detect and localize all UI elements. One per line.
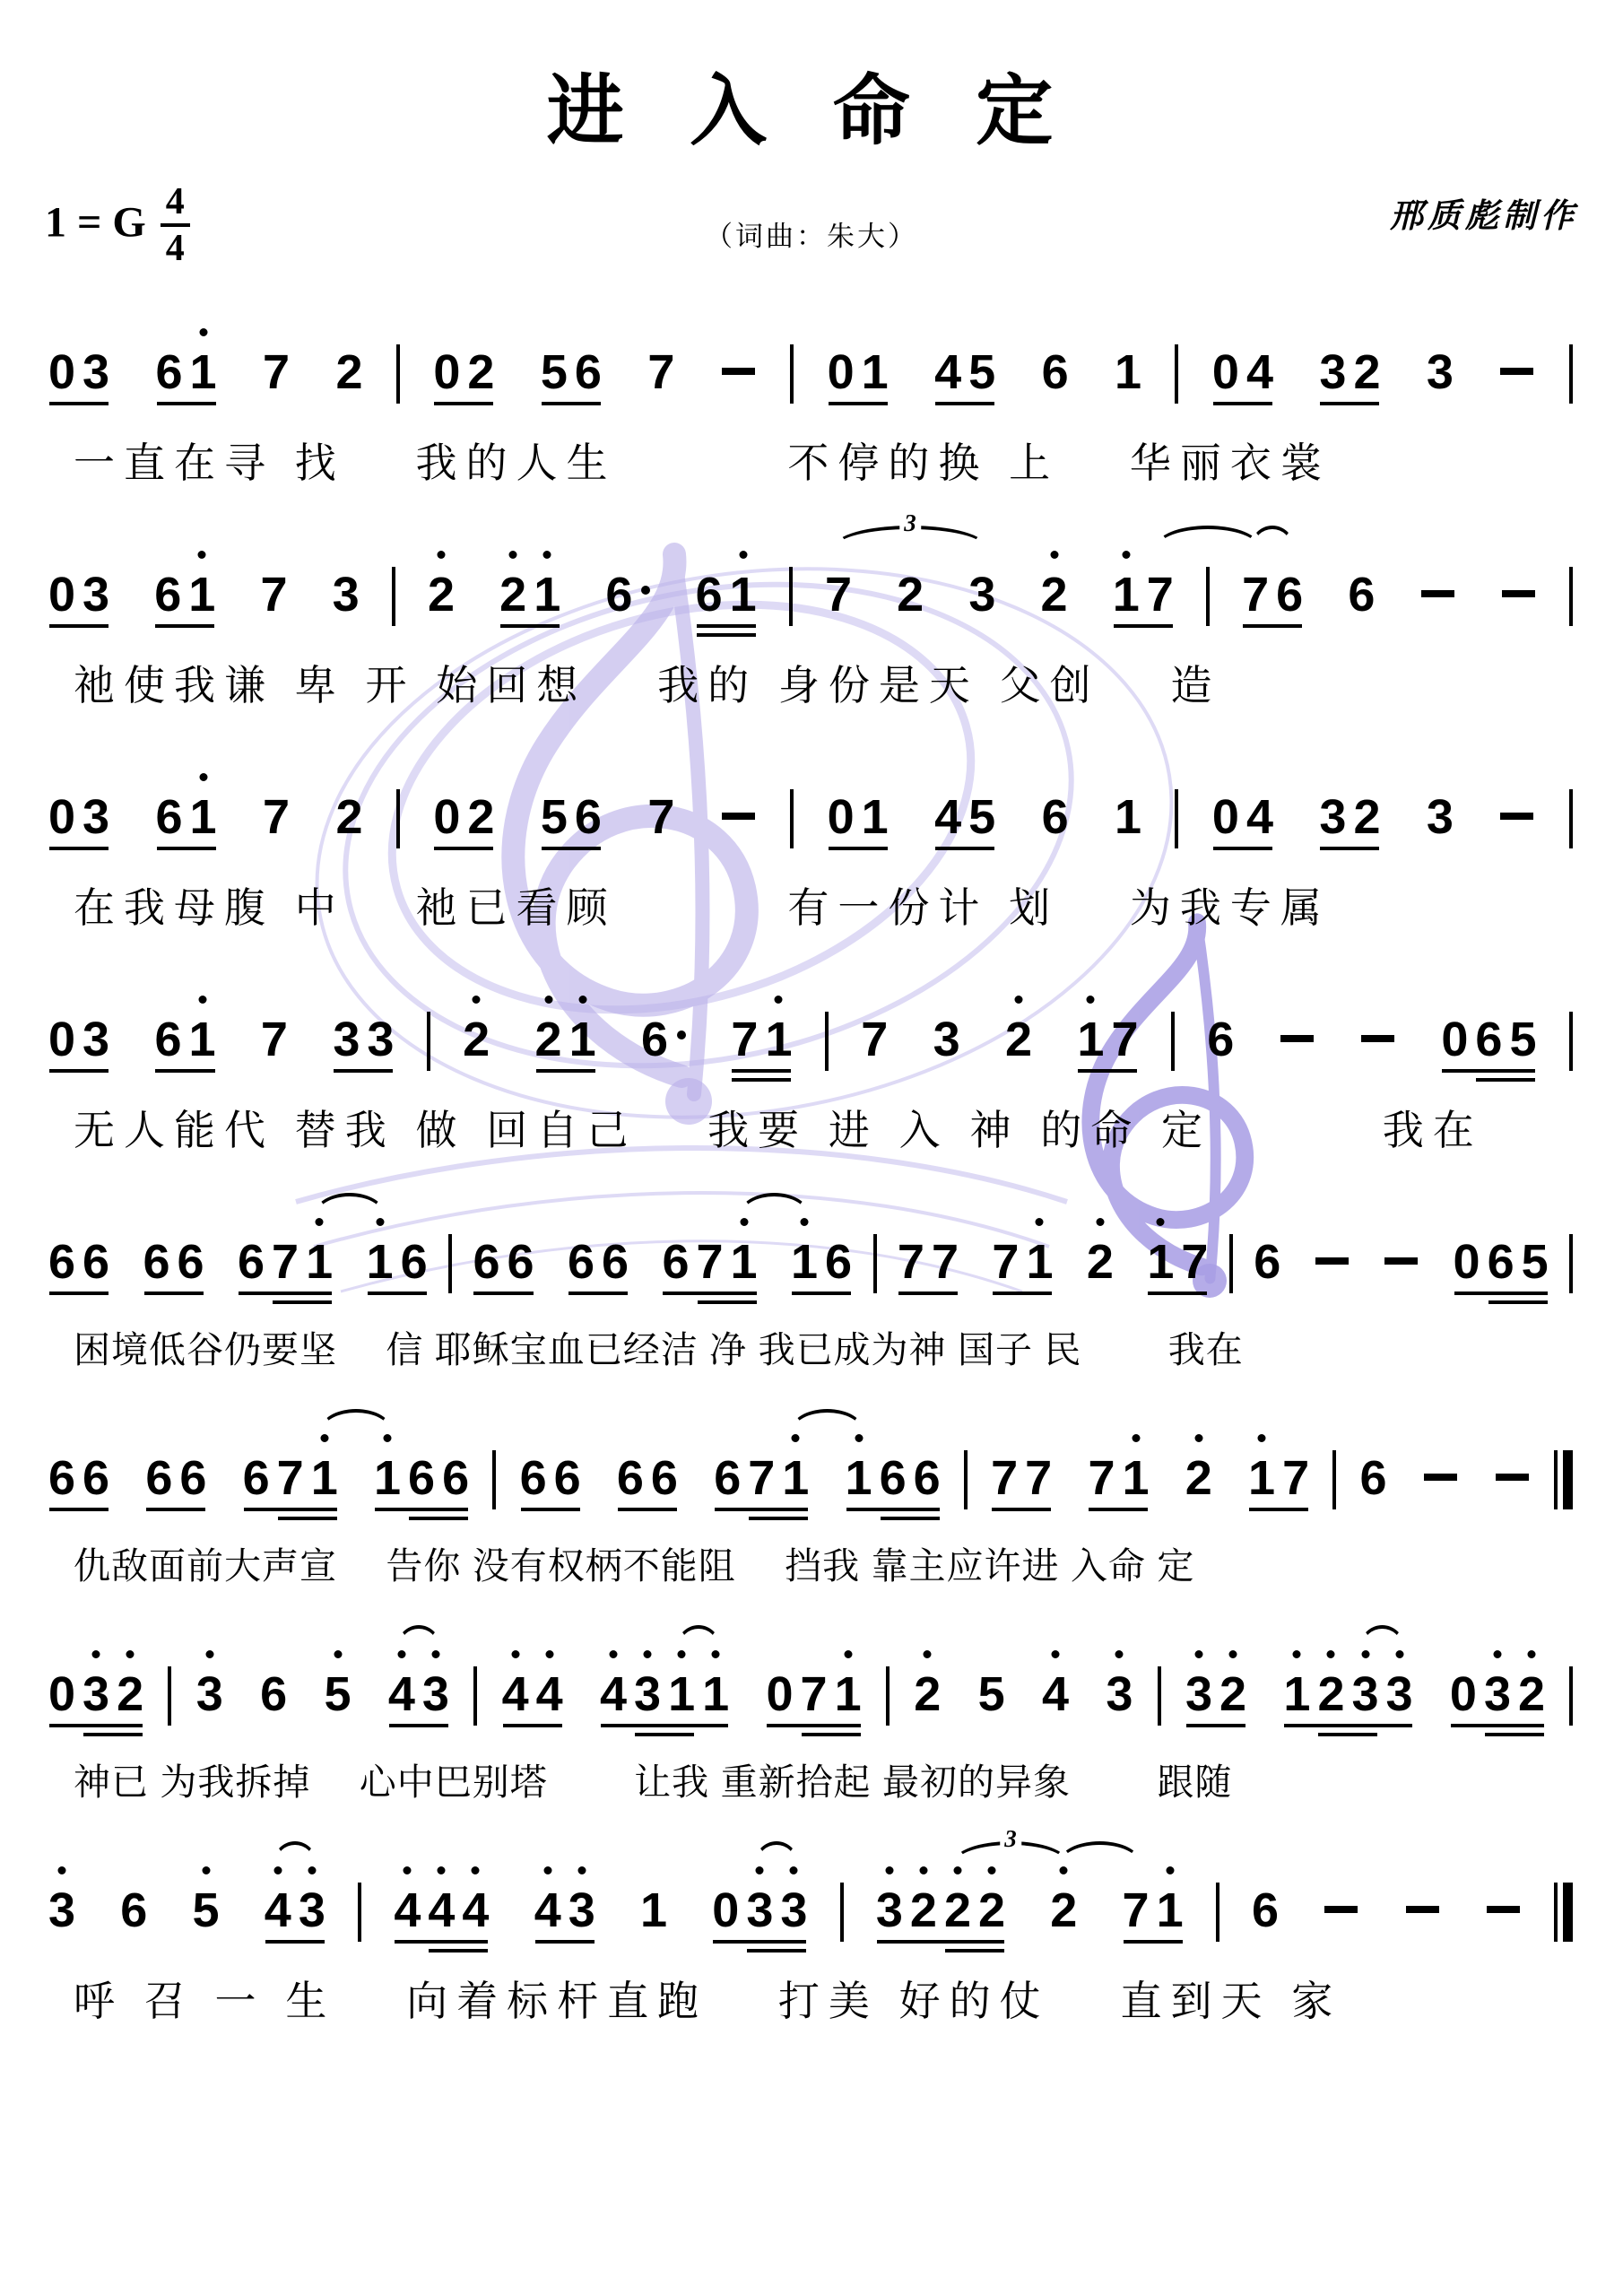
octave-dot [1157, 1218, 1165, 1226]
barline [1216, 1883, 1219, 1942]
beam-line [1213, 402, 1272, 405]
octave-dot [334, 1650, 342, 1658]
octave-dot [308, 1866, 316, 1874]
final-barline [1554, 1883, 1573, 1942]
note: 6 [602, 1196, 629, 1288]
note: 6 [1042, 752, 1069, 843]
note: 7 [1181, 1196, 1208, 1288]
beam-line [409, 1517, 468, 1520]
note: 6 [82, 1413, 109, 1504]
note: 6 [143, 1196, 170, 1288]
barline [1332, 1450, 1336, 1509]
octave-dot [844, 1650, 852, 1658]
time-top: 4 [161, 183, 190, 227]
beam-line [83, 1733, 143, 1736]
beam-line [747, 1949, 806, 1952]
note: 4 [534, 1845, 561, 1936]
note: 2 [1219, 1629, 1246, 1720]
note: 4 [1042, 1629, 1069, 1720]
note: 7 [748, 1413, 775, 1504]
notation-row: 6666671166666667116677712176 [45, 1413, 1578, 1531]
note: 7 [1282, 1413, 1309, 1504]
note: 3 [1427, 752, 1454, 843]
note: 5 [541, 307, 568, 398]
note: 7 [647, 752, 674, 843]
note: 4 [536, 1629, 563, 1720]
note: 7 [1025, 1413, 1052, 1504]
beam-line [334, 1069, 393, 1073]
octave-dot [1036, 1218, 1044, 1226]
octave-dot [1050, 551, 1058, 559]
octave-dot [320, 1434, 328, 1442]
note: 6 [82, 1196, 109, 1288]
beam-line [49, 1724, 143, 1727]
note: 1 [765, 974, 792, 1065]
note: 6 [156, 307, 183, 398]
note: 7 [260, 529, 287, 621]
octave-dot [988, 1866, 996, 1874]
note: 6 [575, 307, 602, 398]
beam-line [846, 1508, 940, 1511]
note: 0 [48, 307, 75, 398]
octave-dot [790, 1866, 798, 1874]
note: 0 [1450, 1629, 1477, 1720]
note: 2 [335, 307, 362, 398]
note: 3 [82, 974, 109, 1065]
note: 7 [647, 307, 674, 398]
lyrics-line: 一直在寻 找 我的人生 不停的换 上 华丽衣裳 [45, 430, 1578, 490]
note: 2 [1087, 1196, 1114, 1288]
note: 1 [1248, 1413, 1275, 1504]
beam-line [1078, 1069, 1137, 1073]
beam-line [715, 1508, 808, 1511]
octave-dot [756, 1866, 764, 1874]
octave-dot [792, 1434, 800, 1442]
octave-dot [273, 1866, 282, 1874]
key-label: 1 = G [45, 199, 146, 247]
beam-line [155, 1069, 215, 1073]
dash-note [1280, 974, 1315, 1070]
note: 3 [333, 974, 360, 1065]
note: 1 [188, 529, 215, 621]
time-bottom: 4 [161, 227, 190, 270]
beam-line [945, 1949, 1004, 1952]
octave-dot [1060, 1866, 1068, 1874]
note: 6 [154, 974, 181, 1065]
octave-dot [511, 1650, 519, 1658]
beam-line [144, 1291, 204, 1295]
octave-dot [1327, 1650, 1335, 1658]
beam-line [1186, 1724, 1245, 1727]
dash-note [1499, 752, 1535, 848]
lyrics-line: 困境低谷仍要坚 信 耶稣宝血已经洁 净 我已成为神 国子 民 我在 [45, 1320, 1578, 1373]
note: 1 [1122, 1413, 1149, 1504]
octave-dot [92, 1650, 100, 1658]
dash-note [1324, 1845, 1359, 1941]
beam-line [601, 1724, 728, 1727]
barline [358, 1883, 361, 1942]
music-system-4: 0361733221671732176065无人能代 替我 做 回自己 我要 进… [45, 974, 1578, 1157]
note: 2 [117, 1629, 143, 1720]
note: 0 [433, 307, 460, 398]
beam-line [697, 624, 756, 628]
note: 3 [82, 752, 109, 843]
notation-row: 36543444431033322227163 [45, 1845, 1578, 1963]
note: 2 [467, 307, 494, 398]
note: 1 [1115, 752, 1141, 843]
barline [427, 1012, 430, 1071]
note: 6 [880, 1413, 907, 1504]
note: 7 [697, 1196, 724, 1288]
barline [1229, 1234, 1233, 1293]
note: 6 [651, 1413, 678, 1504]
note: 0 [1212, 307, 1239, 398]
note: 7 [992, 1196, 1019, 1288]
note: 5 [1522, 1196, 1549, 1288]
octave-dot [578, 996, 586, 1004]
beam-line [792, 1291, 851, 1295]
note: 3 [196, 1629, 223, 1720]
note: 6 [641, 974, 686, 1065]
note: 6 [617, 1413, 644, 1504]
beam-line [1454, 1291, 1548, 1295]
note: 4 [934, 307, 961, 398]
barline [392, 567, 395, 626]
beam-line [1488, 1300, 1548, 1304]
note: 4 [600, 1629, 627, 1720]
beam-line [829, 402, 888, 405]
beam-line [157, 402, 216, 405]
note: 3 [48, 1845, 75, 1936]
note: 0 [48, 529, 75, 621]
note: 2 [1185, 1413, 1212, 1504]
lyrics-line: 神已 为我拆掉 心中巴别塔 让我 重新拾起 最初的异象 跟随 [45, 1752, 1578, 1805]
beam-line [49, 847, 108, 850]
final-barline [1554, 1450, 1573, 1509]
barline [492, 1450, 496, 1509]
barline [1175, 344, 1178, 404]
note: 4 [462, 1845, 489, 1936]
note: 2 [1353, 752, 1380, 843]
beam-line [239, 1291, 332, 1295]
tuplet-number: 3 [899, 509, 921, 537]
composer-subtitle: （词曲：朱大） [705, 213, 918, 254]
barline [886, 1666, 890, 1726]
beam-line [542, 847, 601, 850]
note: 2 [428, 529, 455, 621]
note: 4 [394, 1845, 421, 1936]
beam-line [1243, 624, 1302, 628]
note: 6 [154, 529, 181, 621]
barline [873, 1234, 877, 1293]
note: 0 [766, 1629, 793, 1720]
note: 4 [428, 1845, 455, 1936]
beam-line [434, 402, 493, 405]
barline [1206, 567, 1210, 626]
dash-note [1495, 1413, 1531, 1509]
beam-line [1114, 624, 1173, 628]
octave-dot [1528, 1650, 1536, 1658]
beam-line [265, 1940, 325, 1944]
note: 0 [433, 752, 460, 843]
note: 3 [1319, 752, 1346, 843]
octave-dot [1229, 1650, 1237, 1658]
notation-row: 0361720256701456104323 [45, 307, 1578, 425]
note: 1 [862, 307, 889, 398]
barline [1171, 1012, 1175, 1071]
beam-line [536, 1069, 595, 1073]
dash-note [1405, 1845, 1441, 1941]
note: 6 [145, 1413, 172, 1504]
octave-dot [919, 1866, 927, 1874]
barline [825, 1012, 829, 1071]
note: 2 [535, 974, 562, 1065]
beam-line [993, 1291, 1052, 1295]
octave-dot [740, 1218, 748, 1226]
barline [789, 567, 793, 626]
octave-dot [1293, 1650, 1301, 1658]
note: 1 [189, 974, 216, 1065]
beam-line [146, 1508, 205, 1511]
note: 1 [730, 529, 757, 621]
systems: 0361720256701456104323一直在寻 找 我的人生 不停的换 上… [45, 307, 1578, 2028]
note: 7 [731, 974, 758, 1065]
barline [1569, 344, 1573, 404]
octave-dot [543, 551, 551, 559]
note: 6 [520, 1413, 547, 1504]
notation-row: 032365434443110712543321233032 [45, 1629, 1578, 1747]
beam-line [568, 1291, 628, 1295]
note: 7 [272, 1196, 299, 1288]
octave-dot [1015, 996, 1023, 1004]
octave-dot [1087, 996, 1095, 1004]
note: 6 [48, 1413, 75, 1504]
note: 6 [408, 1413, 435, 1504]
note: 5 [1509, 974, 1536, 1065]
note: 6 [1348, 529, 1375, 621]
octave-dot [739, 551, 747, 559]
note: 6 [442, 1413, 469, 1504]
note: 0 [828, 752, 855, 843]
octave-dot [198, 996, 206, 1004]
note: 3 [333, 529, 360, 621]
note: 5 [193, 1845, 220, 1936]
header-row: 1 = G44 （词曲：朱大） 邢质彪制作 [45, 183, 1578, 282]
octave-dot [924, 1650, 932, 1658]
octave-dot [58, 1866, 66, 1874]
page-title: 进 入 命 定 [45, 48, 1578, 160]
note: 6 [178, 1196, 204, 1288]
beam-line [49, 624, 108, 628]
beam-line [877, 1940, 1004, 1944]
note: 2 [1317, 1629, 1344, 1720]
note: 5 [968, 752, 995, 843]
beam-line [521, 1508, 580, 1511]
barline [1569, 789, 1573, 848]
note: 6 [1254, 1196, 1280, 1288]
note: 4 [1246, 752, 1273, 843]
note: 3 [82, 307, 109, 398]
dash-note [1499, 307, 1535, 403]
music-system-1: 0361720256701456104323一直在寻 找 我的人生 不停的换 上… [45, 307, 1578, 490]
note: 6 [260, 1629, 287, 1720]
music-system-3: 0361720256701456104323在我母腹 中 祂已看顾 有一份计 划… [45, 752, 1578, 935]
barline [448, 1234, 452, 1293]
barline [473, 1666, 477, 1726]
octave-dot [205, 1650, 213, 1658]
note: 5 [978, 1629, 1005, 1720]
note: 2 [1353, 307, 1380, 398]
beam-line [1213, 847, 1272, 850]
note: 7 [801, 1629, 828, 1720]
note: 0 [1441, 974, 1468, 1065]
music-system-6: 6666671166666667116677712176仇敌面前大声宣 告你 没… [45, 1413, 1578, 1589]
beam-line [1320, 402, 1379, 405]
note: 3 [634, 1629, 661, 1720]
octave-dot [199, 328, 207, 336]
octave-dot [1132, 1434, 1140, 1442]
augmentation-dot [641, 586, 650, 595]
octave-dot [543, 1866, 551, 1874]
note: 7 [932, 1196, 959, 1288]
beam-line [1451, 1724, 1544, 1727]
tuplet-arc: 3 [834, 526, 986, 547]
note: 6 [473, 1196, 499, 1288]
notation-row: 0361732216617232177663 [45, 529, 1578, 648]
octave-dot [316, 1218, 324, 1226]
note: 7 [898, 1196, 924, 1288]
note: 2 [467, 752, 494, 843]
beam-line [273, 1300, 332, 1304]
music-system-2: 0361732216617232177663祂使我谦 卑 开 始回想 我的 身份… [45, 529, 1578, 712]
music-system-7: 032365434443110712543321233032神已 为我拆掉 心中… [45, 1629, 1578, 1805]
octave-dot [609, 1650, 617, 1658]
note: 7 [261, 974, 288, 1065]
note: 7 [861, 974, 888, 1065]
beam-line [434, 847, 493, 850]
octave-dot [509, 551, 517, 559]
octave-dot [438, 551, 446, 559]
note: 4 [1246, 307, 1273, 398]
note: 6 [238, 1196, 265, 1288]
note: 1 [1157, 1845, 1184, 1936]
note: 3 [82, 1629, 109, 1720]
note: 6 [714, 1413, 741, 1504]
note: 0 [828, 307, 855, 398]
note: 0 [1212, 752, 1239, 843]
octave-dot [198, 551, 206, 559]
note: 7 [263, 307, 290, 398]
octave-dot [1361, 1650, 1369, 1658]
beam-line [503, 1724, 562, 1727]
lyrics-line: 仇敌面前大声宣 告你 没有权柄不能阻 挡我 靠主应许进 入命 定 [45, 1536, 1578, 1589]
octave-dot [678, 1650, 686, 1658]
note: 1 [640, 1845, 667, 1936]
octave-dot [801, 1218, 809, 1226]
dash-note [1501, 529, 1537, 625]
beam-line [767, 1724, 861, 1727]
octave-dot [712, 1650, 720, 1658]
beam-line [1124, 1940, 1183, 1944]
note: 6 [48, 1196, 75, 1288]
note: 6 [575, 752, 602, 843]
octave-dot [644, 1650, 652, 1658]
notation-row: 0361720256701456104323 [45, 752, 1578, 870]
beam-line [49, 1069, 108, 1073]
music-system-8: 36543444431033322227163呼 召 一 生 向着标杆直跑 打美… [45, 1845, 1578, 2028]
note: 5 [968, 307, 995, 398]
note: 1 [835, 1629, 862, 1720]
beam-line [697, 633, 756, 637]
arranger-credit: 邢质彪制作 [918, 188, 1578, 237]
note: 2 [1041, 529, 1068, 621]
notation-row: 0361733221671732176065 [45, 974, 1578, 1092]
beam-line [802, 1733, 861, 1736]
octave-dot [199, 773, 207, 781]
note: 5 [324, 1629, 351, 1720]
note: 4 [934, 752, 961, 843]
beam-line [635, 1733, 694, 1736]
beam-line [49, 402, 108, 405]
dash-note [1420, 529, 1456, 625]
note: 1 [1077, 974, 1104, 1065]
note: 6 [156, 752, 183, 843]
dash-note [1315, 1196, 1350, 1292]
beam-line [157, 847, 216, 850]
beam-line [155, 624, 214, 628]
note: 2 [914, 1629, 941, 1720]
beam-line [368, 1291, 427, 1295]
lyrics-line: 呼 召 一 生 向着标杆直跑 打美 好的仗 直到天 家 [45, 1969, 1578, 2028]
note: 1 [534, 529, 560, 621]
octave-dot [202, 1866, 210, 1874]
dash-note [1384, 1196, 1419, 1292]
note: 3 [1185, 1629, 1212, 1720]
note: 6 [914, 1413, 941, 1504]
barline [840, 1883, 844, 1942]
beam-line [1485, 1733, 1544, 1736]
barline [1569, 567, 1573, 626]
beam-line [732, 1078, 791, 1082]
augmentation-dot [677, 1031, 686, 1039]
note: 2 [1518, 1629, 1545, 1720]
note: 0 [1454, 1196, 1480, 1288]
note: 3 [1319, 307, 1346, 398]
note: 1 [190, 752, 217, 843]
note: 0 [48, 974, 75, 1065]
beam-line [389, 1724, 448, 1727]
note: 1 [1147, 1196, 1174, 1288]
octave-dot [1258, 1434, 1266, 1442]
note: 6 [120, 1845, 147, 1936]
note: 6 [401, 1196, 428, 1288]
barline [1569, 1234, 1573, 1293]
note: 6 [696, 529, 723, 621]
note: 6 [508, 1196, 534, 1288]
note: 1 [862, 752, 889, 843]
octave-dot [544, 996, 552, 1004]
note: 3 [1484, 1629, 1511, 1720]
beam-line [829, 847, 888, 850]
beam-line [429, 1949, 488, 1952]
note: 7 [277, 1413, 304, 1504]
octave-dot [431, 1650, 439, 1658]
octave-dot [376, 1218, 384, 1226]
beam-line [732, 1069, 791, 1073]
octave-dot [885, 1866, 893, 1874]
beam-line [1148, 1291, 1207, 1295]
octave-dot [577, 1866, 586, 1874]
